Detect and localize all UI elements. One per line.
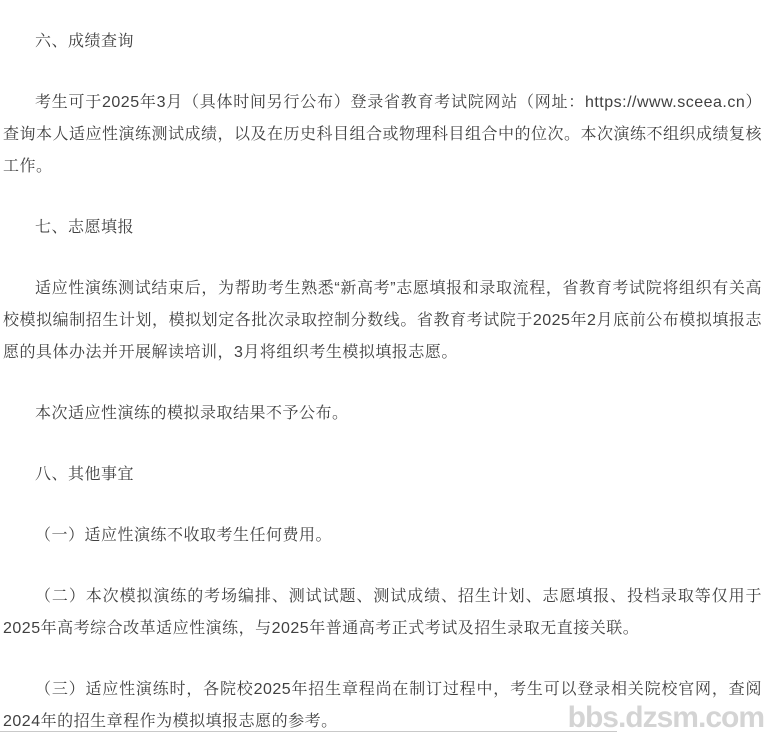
announcement-body: 六、成绩查询 考生可于2025年3月（具体时间另行公布）登录省教育考试院网站（网… [0, 0, 766, 738]
paragraph: 适应性演练测试结束后，为帮助考生熟悉“新高考”志愿填报和录取流程，省教育考试院将… [3, 273, 762, 369]
section-heading-other-matters: 八、其他事宜 [3, 459, 762, 491]
section-heading-score-inquiry: 六、成绩查询 [3, 26, 762, 58]
paragraph: 本次适应性演练的模拟录取结果不予公布。 [3, 398, 762, 430]
section-heading-volunteer-application: 七、志愿填报 [3, 212, 762, 244]
paragraph: 考生可于2025年3月（具体时间另行公布）登录省教育考试院网站（网址：https… [3, 87, 762, 183]
paragraph: （二）本次模拟演练的考场编排、测试试题、测试成绩、招生计划、志愿填报、投档录取等… [3, 581, 762, 645]
footer-divider [0, 731, 617, 732]
watermark: bbs.dzsm.com [568, 701, 764, 735]
paragraph: （一）适应性演练不收取考生任何费用。 [3, 520, 762, 552]
